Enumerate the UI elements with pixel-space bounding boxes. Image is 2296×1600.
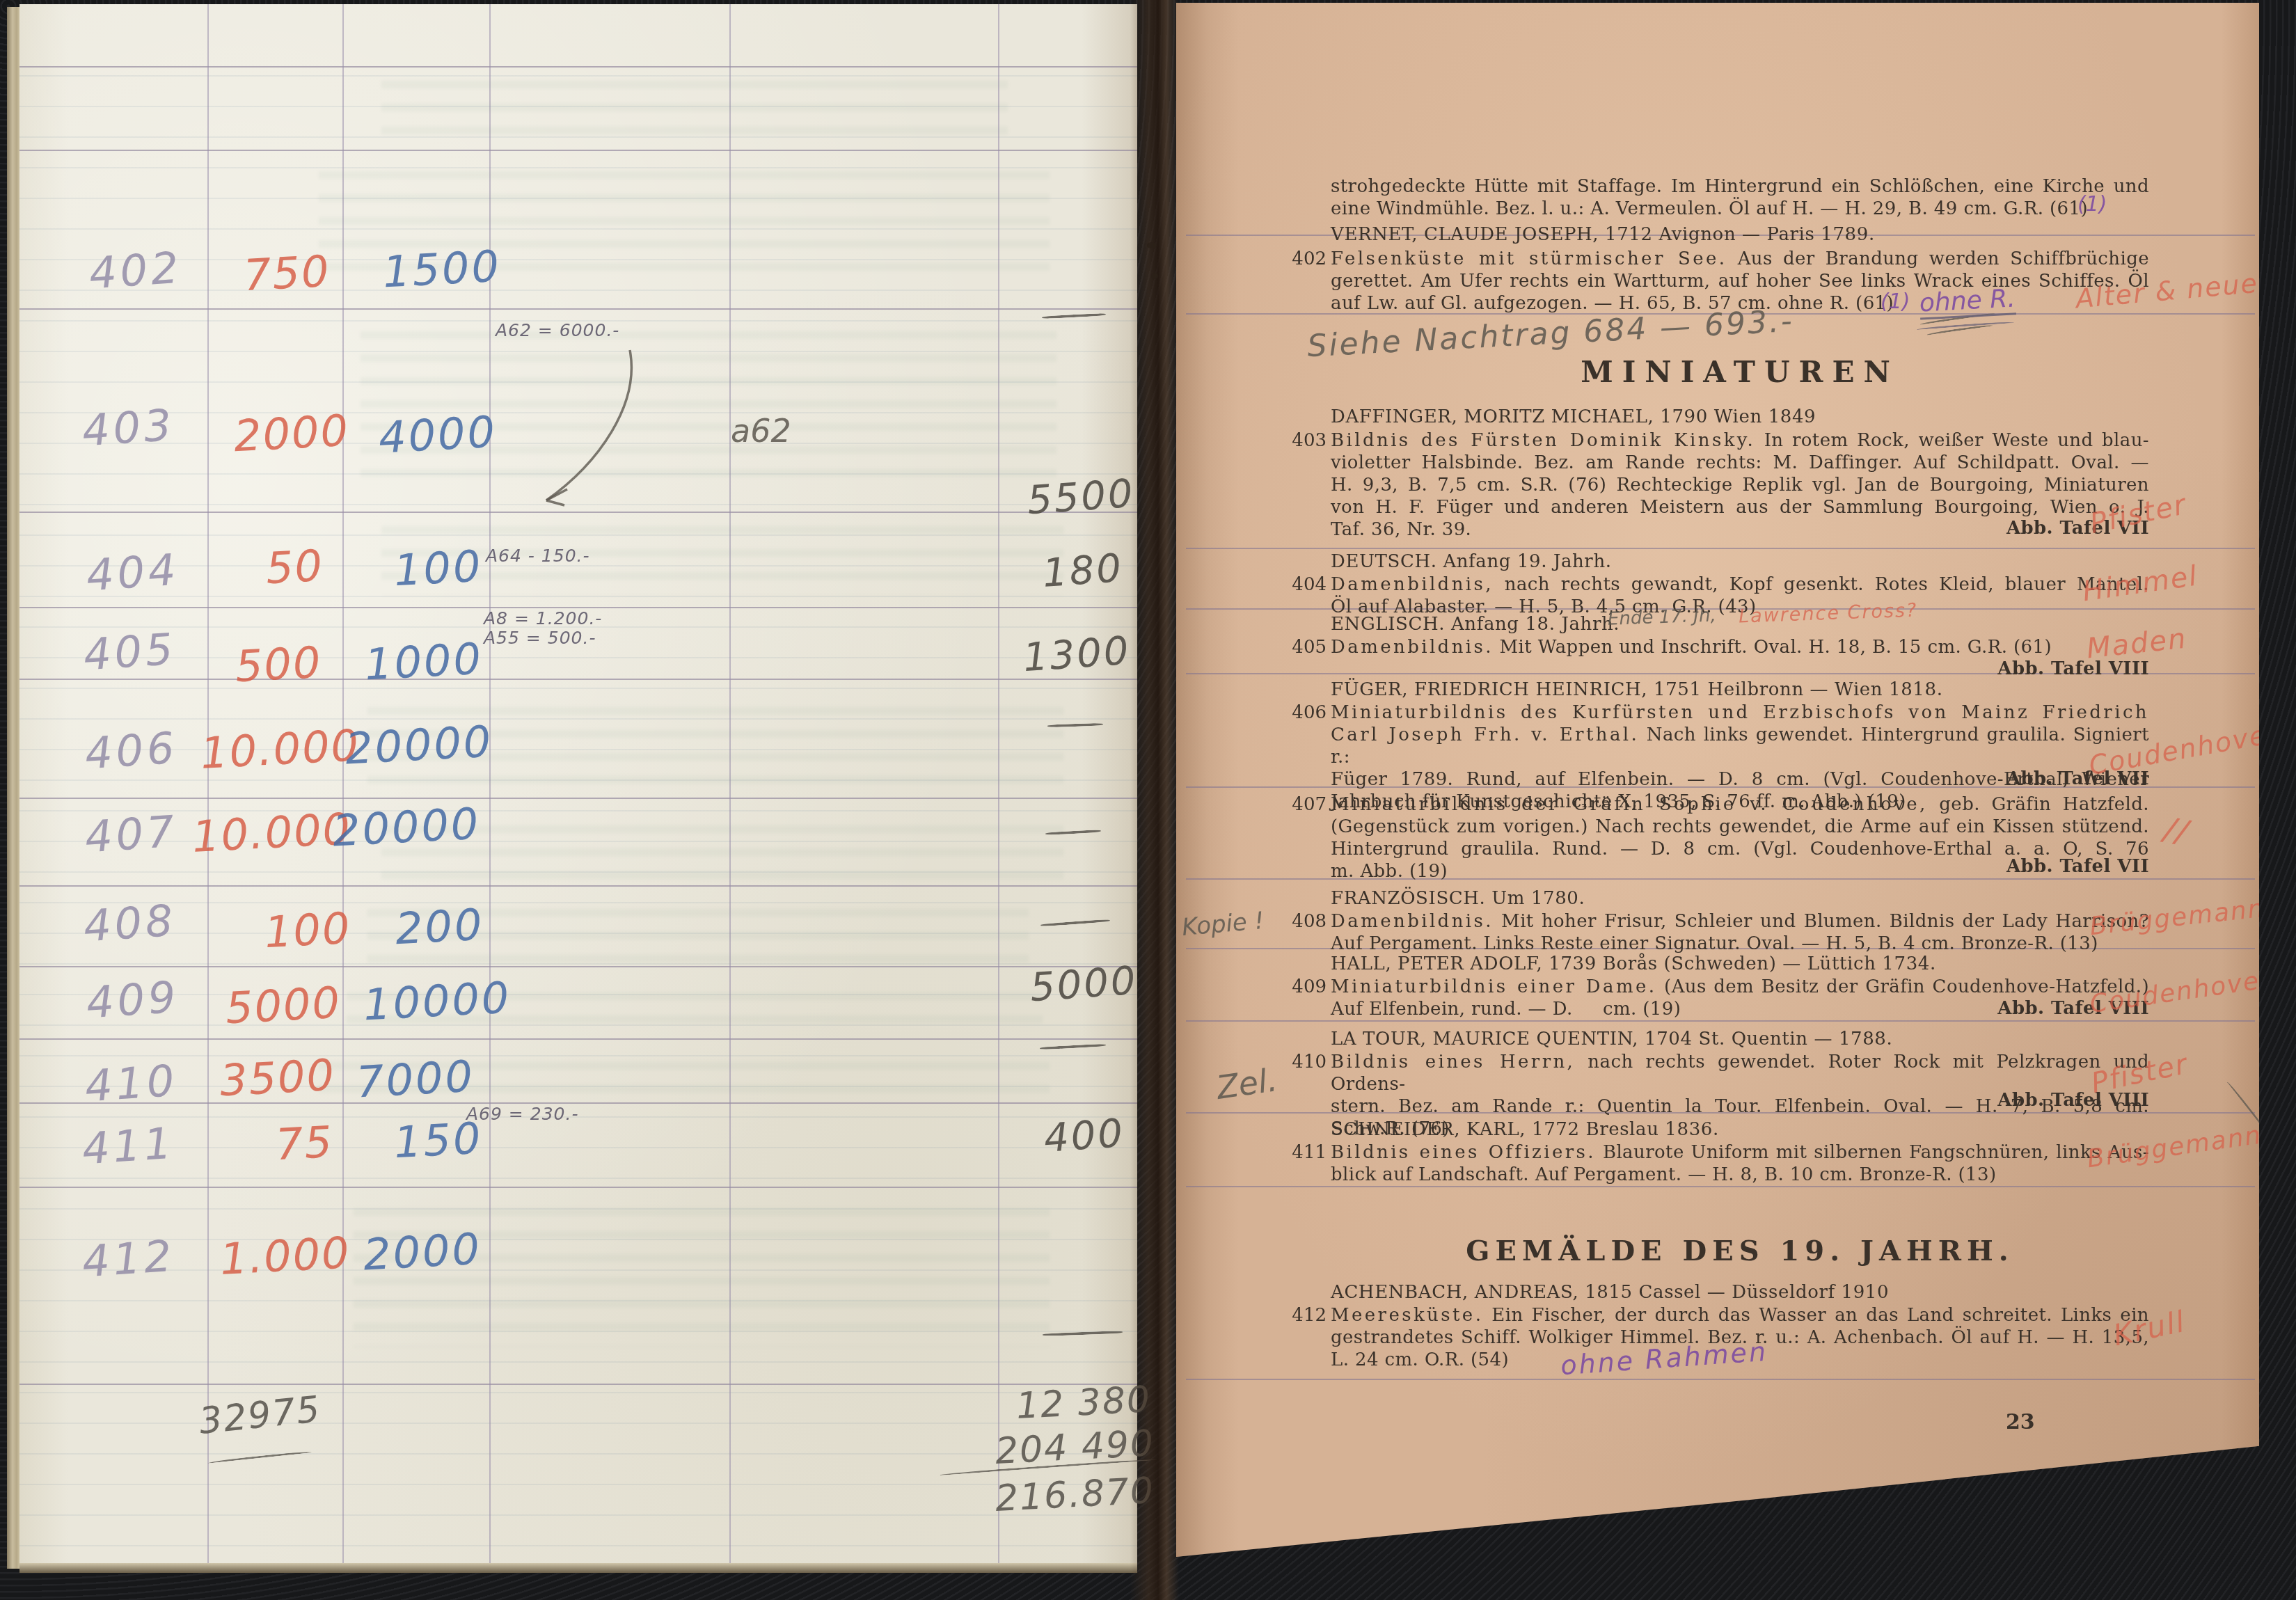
catalog-page: strohgedeckte Hütte mit Staffage. Im Hin…: [1176, 3, 2259, 1563]
reserve-price: 75: [274, 1116, 335, 1170]
lot-title: Damenbildnis.: [1331, 911, 1494, 932]
estimate-price: 7000: [355, 1051, 475, 1108]
artist-header: LA TOUR, MAURICE QUENTIN, 1704 St. Quent…: [1331, 1029, 2149, 1049]
stitch-mark: [1147, 242, 1157, 248]
ledger-row-line: [19, 1384, 1137, 1385]
result-value: 5000: [1029, 958, 1139, 1011]
lot-number: 408: [82, 894, 178, 951]
lot-number-printed: 406: [1290, 702, 1327, 724]
lot-paragraph: 408Damenbildnis. Mit hoher Frisur, Schle…: [1331, 910, 2149, 955]
ledger-row-line: [19, 679, 1137, 680]
ledger-row-line: [19, 1187, 1137, 1188]
lot-number-printed: 412: [1290, 1304, 1327, 1326]
margin-buyer-note: //: [2162, 809, 2192, 850]
margin-pencil-note: Kopie !: [1180, 907, 1265, 942]
ledger-column-line: [207, 4, 209, 1566]
lot-number: 410: [84, 1054, 180, 1111]
artist-pencil-correction: Ende 17. Jh,: [1608, 605, 1717, 629]
section-paintings-19: GEMÄLDE DES 19. JAHRH.: [1331, 1235, 2149, 1267]
catalog-text-line: Miniaturbildnis einer Dame. (Aus dem Bes…: [1331, 976, 2149, 998]
catalog-text-line: Miniaturbildnis der Gräfin Sophie v. Cou…: [1331, 793, 2149, 816]
pencil-note: A69 = 230.-: [466, 1104, 578, 1124]
artist-header: ACHENBACH, ANDREAS, 1815 Cassel — Düssel…: [1331, 1282, 2149, 1303]
catalog-text-line: Damenbildnis, nach rechts gewandt, Kopf …: [1331, 573, 2149, 596]
estimate-price: 200: [394, 899, 485, 955]
lot-number: 412: [81, 1230, 177, 1287]
lot-number-printed: 411: [1290, 1141, 1327, 1164]
lot-number: 404: [85, 544, 181, 601]
artist-header: HALL, PETER ADOLF, 1739 Borås (Schweden)…: [1331, 953, 2149, 974]
artist-header: VERNET, CLAUDE JOSEPH, 1712 Avignon — Pa…: [1331, 224, 2149, 245]
result-value: 1300: [1022, 628, 1132, 681]
catalog-text-line: Felsenküste mit stürmischer See. Aus der…: [1331, 248, 2149, 270]
bleed-through-block: [381, 81, 1008, 143]
lot-title: Miniaturbildnis einer Dame.: [1331, 976, 1657, 997]
reserve-price: 5000: [224, 977, 342, 1034]
estimate-price: 20000: [331, 798, 482, 856]
lot-title: Miniaturbildnis des Kurfürsten und Erzbi…: [1331, 702, 2149, 723]
page-bottom-edge: [19, 1563, 1137, 1573]
lot-title: Damenbildnis.: [1331, 637, 1494, 658]
margin-pencil-note: Zel.: [1214, 1061, 1280, 1107]
catalog-text-line: auf Lw. auf Gl. aufgezogen. — H. 65, B. …: [1331, 292, 2149, 315]
artist-header: FRANZÖSISCH. Um 1780.: [1331, 888, 2149, 909]
estimate-price: 1000: [363, 633, 484, 690]
estimate-price: 4000: [377, 406, 498, 464]
estimate-price: 1500: [381, 241, 502, 298]
catalog-text-line: Bildnis des Fürsten Dominik Kinsky. In r…: [1331, 429, 2149, 452]
catalog-text-line: violetter Halsbinde. Bez. am Rande recht…: [1331, 452, 2149, 474]
lot-number-printed: 405: [1290, 636, 1327, 658]
catalog-row-line: [1186, 548, 2255, 549]
result-value: 180: [1041, 546, 1125, 596]
purple-annotation: (1): [1881, 290, 1910, 314]
book-scan: 402750150040320004000A62 = 6000.-a625500…: [0, 0, 2296, 1600]
lot-number: 403: [81, 399, 177, 456]
catalog-text-line: (Gegenstück zum vorigen.) Nach rechts ge…: [1331, 816, 2149, 838]
lot-number: 407: [84, 805, 180, 862]
catalog-text-line: Carl Joseph Frh. v. Erthal. Nach links g…: [1331, 724, 2149, 768]
lot-number-printed: 402: [1290, 248, 1327, 270]
section-miniatures: MINIATUREN: [1331, 355, 2149, 389]
ledger-row-line: [19, 308, 1137, 310]
catalog-text-line: Bildnis eines Herrn, nach rechts gewende…: [1331, 1051, 2149, 1095]
lot-title: Bildnis eines Offiziers.: [1331, 1142, 1596, 1163]
pencil-arrow: [487, 321, 668, 537]
ledger-row-line: [19, 150, 1137, 151]
pencil-note: A8 = 1.200.-: [484, 608, 602, 628]
ledger-row-line: [19, 798, 1137, 799]
reserve-price: 100: [263, 903, 352, 958]
stitch-mark: [1151, 273, 1158, 279]
lot-number: 402: [88, 241, 184, 299]
artist-header: FÜGER, FRIEDRICH HEINRICH, 1751 Heilbron…: [1331, 679, 2149, 700]
pencil-note: A64 - 150.-: [486, 546, 590, 566]
plate-reference: Abb. Tafel VIII: [1997, 658, 2149, 679]
catalog-text-line: Damenbildnis. Mit hoher Frisur, Schleier…: [1331, 910, 2149, 933]
lot-number-printed: 409: [1290, 976, 1327, 998]
artist-header: DAFFINGER, MORITZ MICHAEL, 1790 Wien 184…: [1331, 406, 2149, 427]
lot-title: Damenbildnis,: [1331, 574, 1494, 595]
lot-number-printed: 408: [1290, 910, 1327, 933]
reserve-price: 1.000: [219, 1227, 351, 1285]
ledger-row-line: [19, 66, 1137, 68]
lot-number: 406: [84, 722, 180, 779]
lot-title: Bildnis des Fürsten Dominik Kinsky.: [1331, 430, 1755, 451]
catalog-text-line: von H. F. Füger und anderen Meistern aus…: [1331, 496, 2149, 518]
ledger-row-line: [19, 966, 1137, 967]
lot-title: Meeresküste.: [1331, 1305, 1483, 1326]
result-value: 400: [1043, 1111, 1126, 1162]
purple-annotation-ohne-r: ohne R.: [1919, 284, 2016, 319]
pencil-note: A55 = 500.-: [484, 628, 596, 648]
catalog-text-line: Bildnis eines Offiziers. Blaurote Unifor…: [1331, 1141, 2149, 1164]
estimate-price: 20000: [344, 715, 494, 774]
lot-number-printed: 410: [1290, 1051, 1327, 1073]
result-value: 5500: [1026, 471, 1137, 524]
ledger-row-line: [19, 885, 1137, 887]
lot-title: Miniaturbildnis der Gräfin Sophie v. Cou…: [1331, 794, 1928, 815]
catalog-text-line: Damenbildnis. Mit Wappen und Inschrift. …: [1331, 636, 2149, 658]
book-gutter: [1130, 0, 1179, 1600]
catalog-intro-paragraph: strohgedeckte Hütte mit Staffage. Im Hin…: [1331, 175, 2149, 220]
estimate-price: 100: [393, 541, 484, 596]
margin-buyer-note: Coudenhove: [2088, 967, 2261, 1019]
lot-paragraph: 411Bildnis eines Offiziers. Blaurote Uni…: [1331, 1141, 2149, 1186]
bleed-through-block: [381, 825, 1063, 881]
catalog-text-line: eine Windmühle. Bez. l. u.: A. Vermeulen…: [1331, 198, 2149, 220]
reserve-price: 10.000: [191, 803, 352, 862]
lot-number-printed: 404: [1290, 573, 1327, 596]
catalog-text-line: strohgedeckte Hütte mit Staffage. Im Hin…: [1331, 175, 2149, 198]
lot-number-printed: 407: [1290, 793, 1327, 816]
lot-number: 411: [81, 1117, 177, 1174]
catalog-text-line: gerettet. Am Ufer rechts ein Wartturm, a…: [1331, 270, 2149, 292]
lot-number-printed: 403: [1290, 429, 1327, 452]
pencil-ref-note: a62: [731, 412, 791, 450]
estimate-price: 10000: [362, 972, 512, 1030]
estimate-price: 2000: [362, 1223, 482, 1281]
bleed-through-block: [381, 526, 1063, 596]
reserve-price: 3500: [219, 1049, 336, 1107]
lot-title: Carl Joseph Frh. v. Erthal.: [1331, 724, 1639, 745]
reserve-price: 50: [264, 540, 325, 594]
reserve-price: 10.000: [199, 720, 361, 779]
catalog-row-line: [1186, 1379, 2255, 1380]
lot-number: 409: [85, 971, 181, 1028]
ledger-row-line: [19, 1038, 1137, 1040]
catalog-text-line: Miniaturbildnis des Kurfürsten und Erzbi…: [1331, 702, 2149, 724]
reserve-price: 2000: [232, 405, 350, 462]
artist-header: SCHNEIDER, KARL, 1772 Breslau 1836.: [1331, 1119, 2149, 1140]
reserve-price: 750: [242, 246, 331, 301]
page-number: 23: [2006, 1410, 2035, 1434]
lot-title: Felsenküste mit stürmischer See.: [1331, 248, 1727, 269]
reserve-price: 500: [234, 637, 323, 692]
lot-paragraph: 402Felsenküste mit stürmischer See. Aus …: [1331, 248, 2149, 315]
catalog-text-line: Auf Pergament. Links Reste einer Signatu…: [1331, 933, 2149, 955]
ledger-page: 402750150040320004000A62 = 6000.-a625500…: [19, 4, 1137, 1569]
lot-title: Bildnis eines Herrn,: [1331, 1052, 1575, 1072]
artist-header: DEUTSCH. Anfang 19. Jahrh.: [1331, 551, 2149, 572]
lot-paragraph: 405Damenbildnis. Mit Wappen und Inschrif…: [1331, 636, 2149, 658]
purple-annotation: (1): [2077, 192, 2107, 216]
catalog-row-line: [1186, 1186, 2255, 1187]
catalog-text-line: H. 9,3, B. 7,5 cm. S.R. (76) Rechteckige…: [1331, 474, 2149, 496]
catalog-text-line: Meeresküste. Ein Fischer, der durch das …: [1331, 1304, 2149, 1326]
lot-number: 405: [82, 623, 178, 680]
catalog-row-line: [1186, 1020, 2255, 1022]
catalog-text-line: blick auf Landschaft. Auf Pergament. — H…: [1331, 1164, 2149, 1186]
plate-reference: Abb. Tafel VII: [2006, 856, 2149, 877]
